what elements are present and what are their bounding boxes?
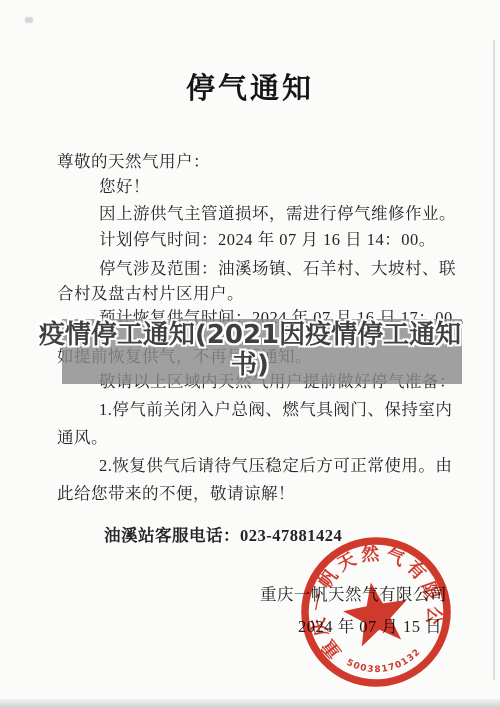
notice-title: 停气通知	[0, 66, 500, 107]
notice-line: 此给您带来的不便，敬请谅解！	[57, 480, 295, 504]
notice-line: 通风。	[57, 424, 108, 448]
notice-line: 合村及盘古村片区用户。	[57, 280, 244, 304]
photo-bottom-edge	[0, 699, 500, 708]
notice-line-item-1: 1.停气前关闭入户总阀、燃气具阀门、保持室内	[99, 396, 452, 420]
caption-title: 疫情停工通知(2021因疫情停工通知 书)	[0, 320, 500, 380]
notice-line: 您好！	[99, 173, 150, 197]
notice-line-planned-time: 计划停气时间：2024 年 07 月 16 日 14：00。	[99, 226, 436, 250]
notice-line: 因上游供气主管道损坏，需进行停气维修作业。	[99, 200, 456, 224]
paper-smudge	[25, 17, 33, 23]
notice-line-scope: 停气涉及范围：油溪场镇、石羊村、大坡村、联	[99, 255, 456, 279]
gas-suspension-notice-photo: 停气通知 尊敬的天然气用户： 您好！ 因上游供气主管道损坏，需进行停气维修作业。…	[0, 0, 500, 708]
notice-salutation: 尊敬的天然气用户：	[57, 148, 210, 172]
notice-line-item-2: 2.恢复供气后请待气压稳定后方可正常使用。由	[99, 452, 452, 476]
star-icon	[339, 577, 413, 649]
company-seal-stamp: 重庆一帆天然气有限公司 5003817013224	[296, 532, 456, 692]
caption-title-line2: 书)	[0, 350, 500, 380]
caption-title-line1: 疫情停工通知(2021因疫情停工通知	[0, 320, 500, 350]
